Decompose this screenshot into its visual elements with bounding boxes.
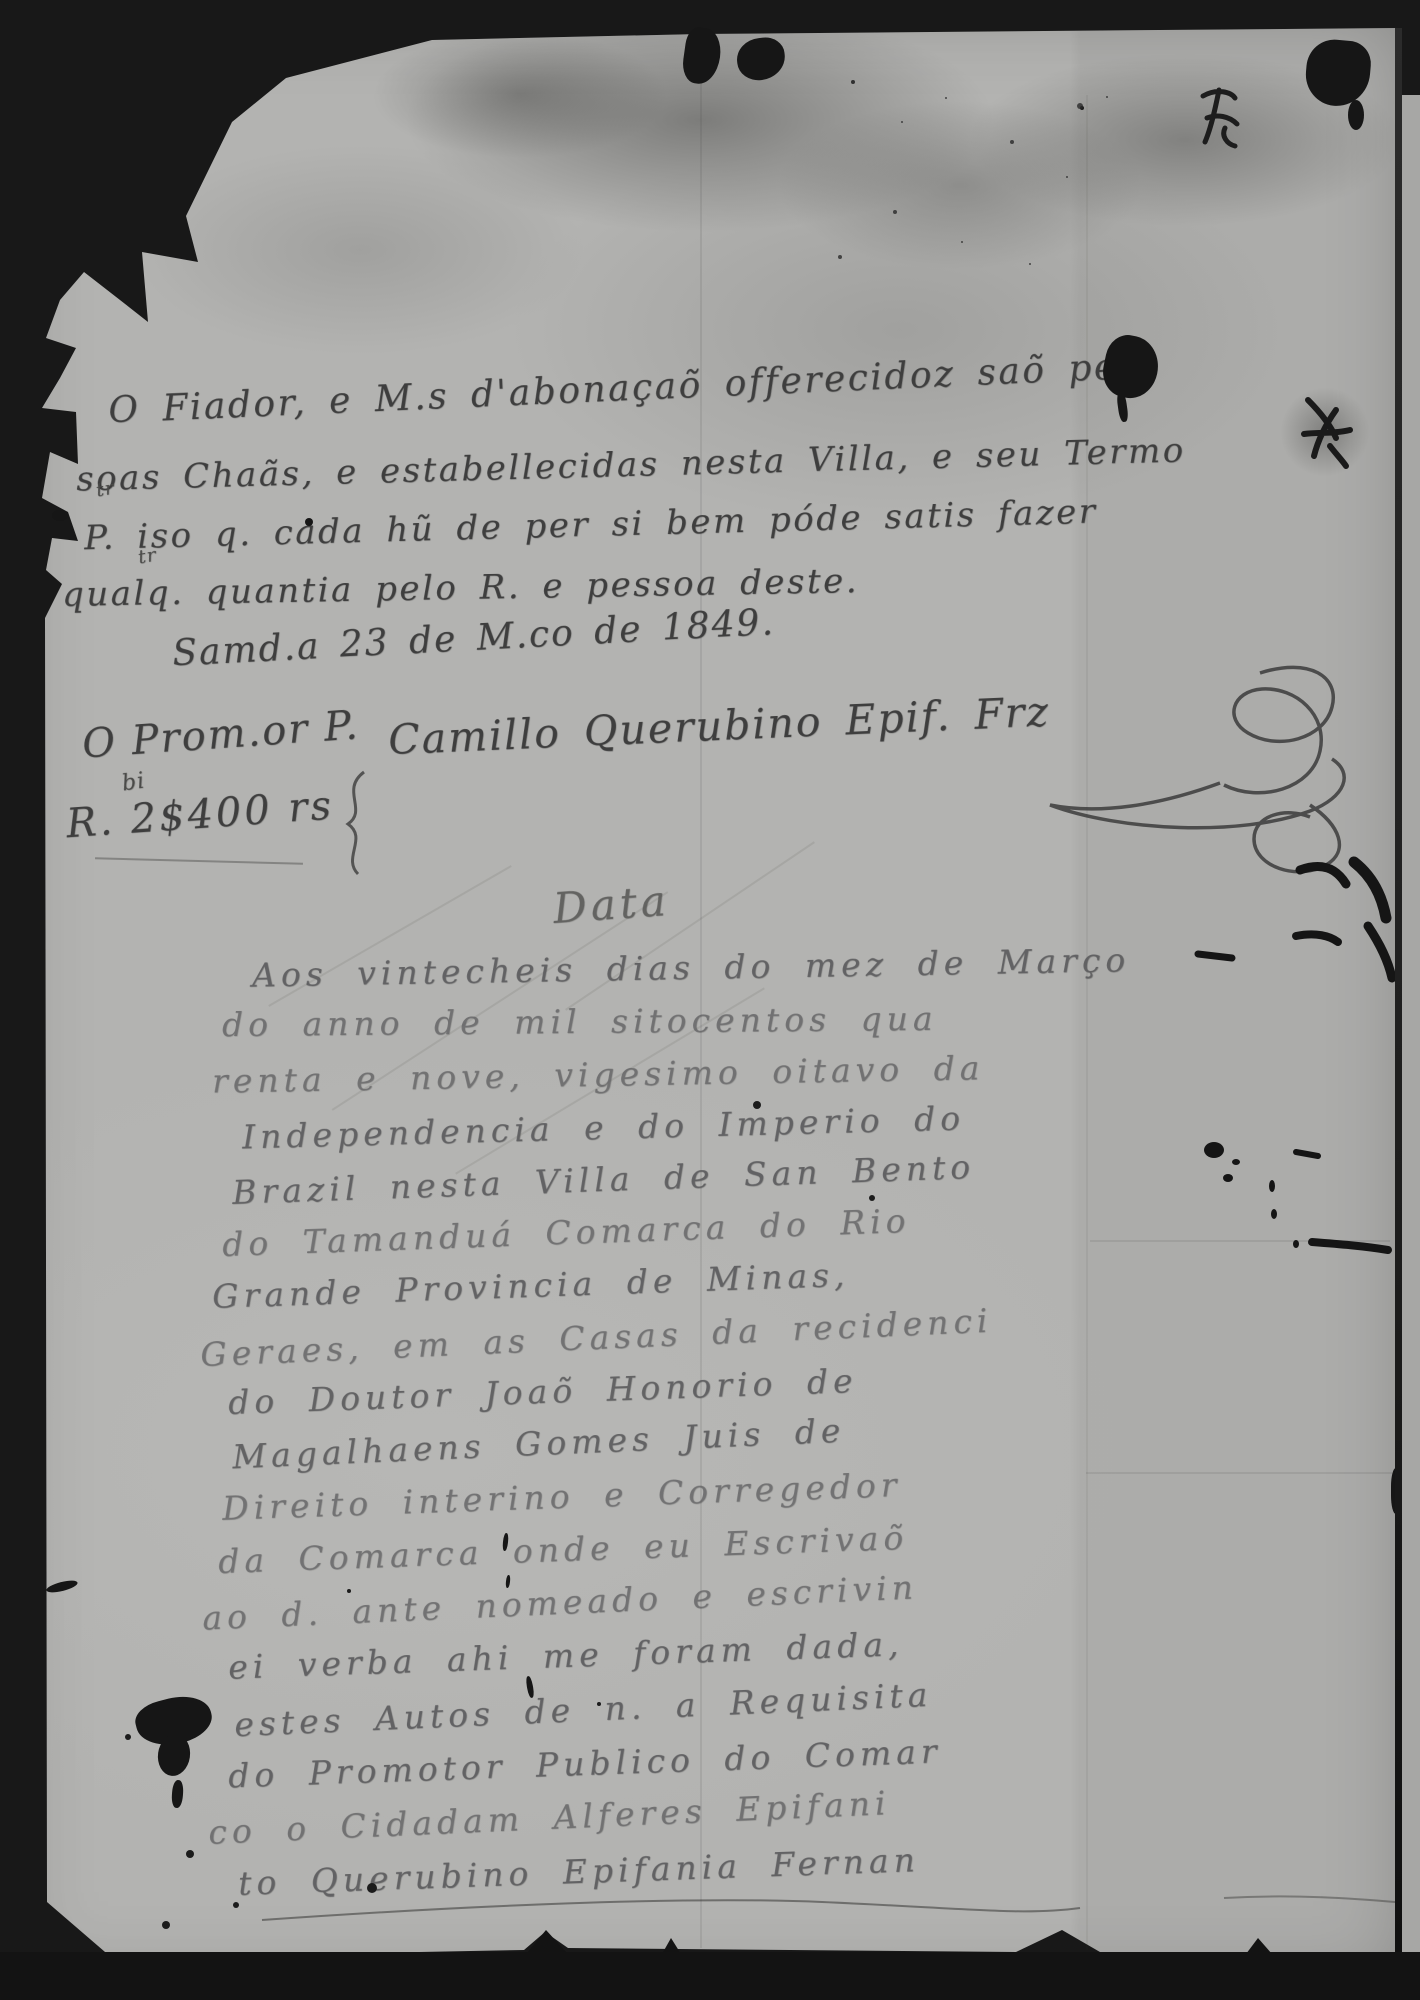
fee-flourish xyxy=(324,768,384,878)
paper-edge-bump xyxy=(662,1938,681,1954)
paper-edge-bump xyxy=(1246,1938,1272,1954)
page-seam xyxy=(1395,28,1402,1958)
scan-background-band xyxy=(0,1952,1420,2000)
ink-streaks xyxy=(1176,848,1406,1268)
ink-blot xyxy=(52,510,68,521)
manuscript-line: do anno de mil sitocentos qua xyxy=(222,999,938,1044)
closing-underline xyxy=(262,1890,1420,1930)
document-scan: O Fiador, e M.s d'abonaçaõ offerecidoz s… xyxy=(0,0,1420,2000)
ink-blot xyxy=(1348,100,1364,130)
ink-blot xyxy=(1300,390,1356,470)
abbreviation-mark: tr xyxy=(94,477,116,502)
paper-edge-bump xyxy=(526,1930,568,1954)
ink-specks xyxy=(305,518,313,526)
fold-crease-horizontal xyxy=(1086,1472,1392,1474)
archival-mark xyxy=(1197,84,1241,154)
abbreviation-mark: tr xyxy=(136,544,158,569)
section-heading: Data xyxy=(551,876,671,933)
adjacent-page-edge xyxy=(1402,95,1420,1952)
paper-speckles xyxy=(851,80,855,84)
fee-superscript: bi xyxy=(120,769,146,797)
